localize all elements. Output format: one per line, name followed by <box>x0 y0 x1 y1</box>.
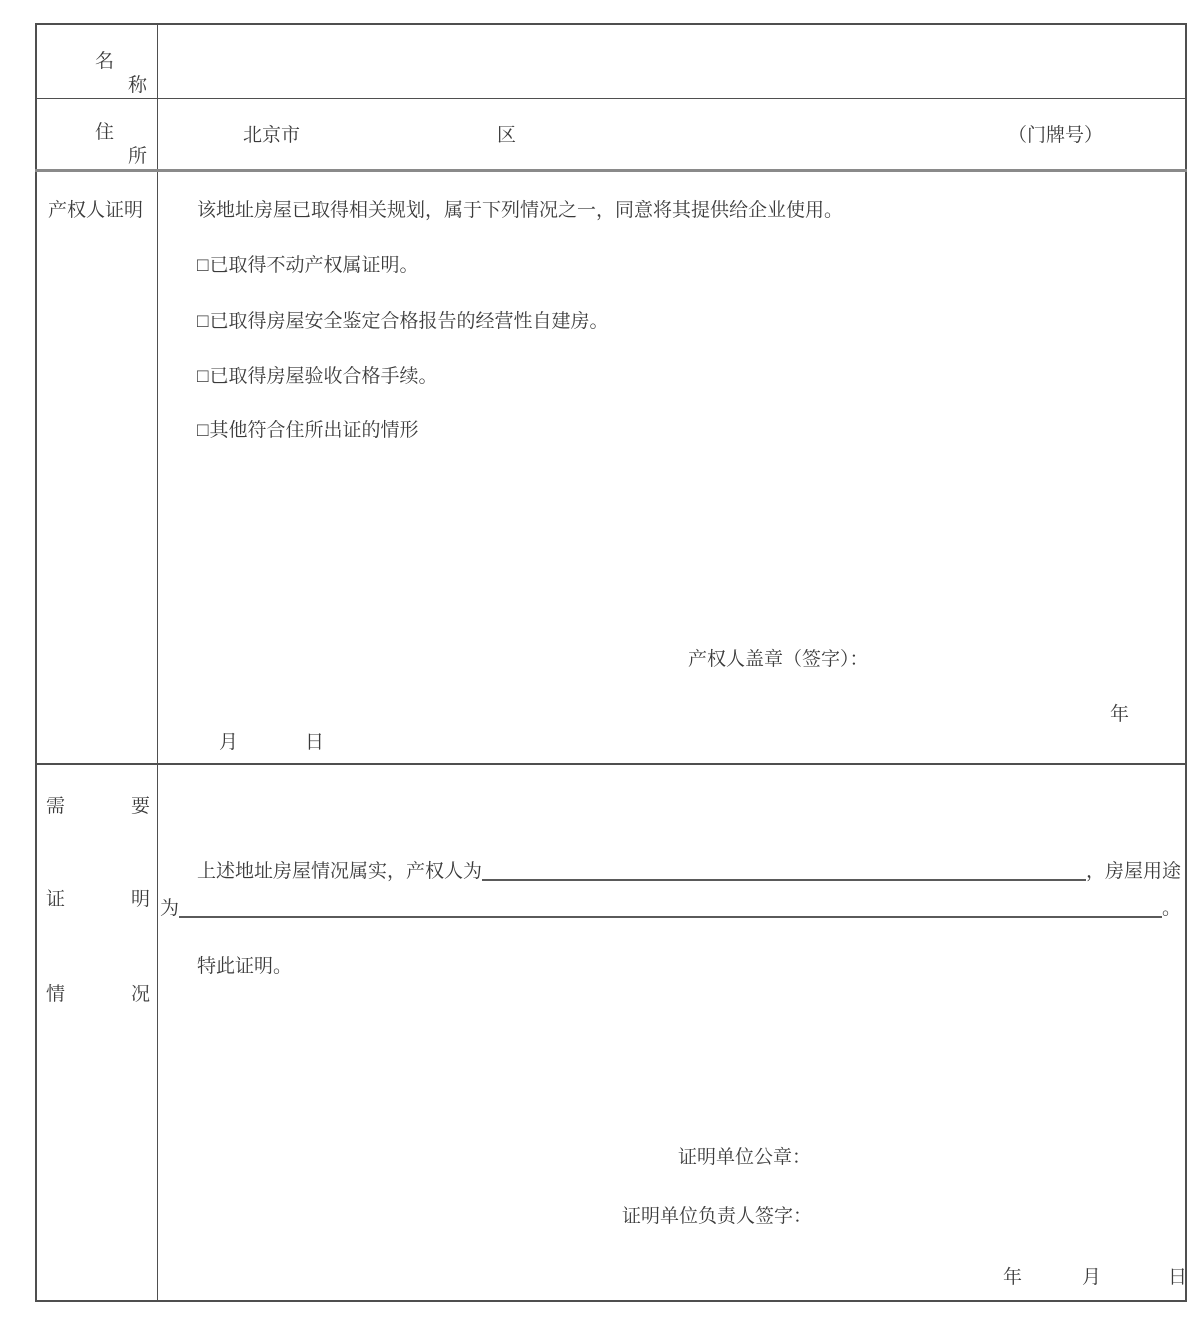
name-label-char-1: 名 <box>95 52 114 72</box>
owner-name-blank-line[interactable] <box>482 877 1086 881</box>
address-city: 北京市 <box>243 126 300 146</box>
cert-option-2: □已取得房屋安全鉴定合格报告的经营性自建房。 <box>197 312 609 332</box>
cert-option-2-label: 已取得房屋安全鉴定合格报告的经营性自建房。 <box>209 311 608 332</box>
closing-statement: 特此证明。 <box>197 957 292 977</box>
unit-date-month: 月 <box>1082 1268 1101 1288</box>
statement-part-3: 为 <box>160 898 179 919</box>
certificate-form-page: 名 称 住 所 北京市 区 （门牌号） 产权人证明 该地址房屋已取得相关规划，属… <box>0 0 1195 1322</box>
cert-option-3-label: 已取得房屋验收合格手续。 <box>209 366 437 387</box>
statement-line-2: 为。 <box>160 899 1181 919</box>
label-column-divider <box>157 23 158 1302</box>
need-label-char-3: 证 <box>46 890 65 910</box>
address-label-char-1: 住 <box>95 123 114 143</box>
checkbox-icon[interactable]: □ <box>197 255 208 276</box>
cert-option-1: □已取得不动产权属证明。 <box>197 256 419 276</box>
need-label-char-6: 况 <box>131 985 150 1005</box>
row-divider-address-cert <box>35 169 1187 172</box>
owner-cert-label: 产权人证明 <box>48 201 143 221</box>
unit-date-year: 年 <box>1003 1268 1022 1288</box>
unit-date-day: 日 <box>1168 1268 1187 1288</box>
owner-date-month: 月 <box>219 733 238 753</box>
cert-option-4-label: 其他符合住所出证的情形 <box>209 420 418 441</box>
checkbox-icon[interactable]: □ <box>197 366 208 387</box>
statement-part-2: ，房屋用途 <box>1086 861 1181 882</box>
house-use-blank-line[interactable] <box>179 914 1162 918</box>
statement-part-1: 上述地址房屋情况属实，产权人为 <box>197 861 482 882</box>
address-house-number[interactable]: （门牌号） <box>1008 126 1103 146</box>
owner-signature-label: 产权人盖章（签字）： <box>688 650 869 670</box>
need-label-char-4: 明 <box>131 890 150 910</box>
owner-date-day: 日 <box>305 733 324 753</box>
statement-part-4: 。 <box>1162 898 1181 919</box>
address-label-char-2: 所 <box>128 147 147 167</box>
owner-cert-intro: 该地址房屋已取得相关规划，属于下列情况之一，同意将其提供给企业使用。 <box>197 201 843 221</box>
address-district[interactable]: 区 <box>497 126 516 146</box>
name-value-cell[interactable] <box>160 28 1184 95</box>
owner-date-year: 年 <box>1110 705 1129 725</box>
row-divider-name-address <box>35 98 1187 99</box>
cert-option-1-label: 已取得不动产权属证明。 <box>209 255 418 276</box>
need-label-char-1: 需 <box>46 797 65 817</box>
cert-option-4: □其他符合住所出证的情形 <box>197 421 419 441</box>
name-label-char-2: 称 <box>128 76 147 96</box>
cert-option-3: □已取得房屋验收合格手续。 <box>197 367 438 387</box>
unit-signer-label: 证明单位负责人签字： <box>622 1207 812 1227</box>
need-label-char-2: 要 <box>131 797 150 817</box>
row-divider-cert-need <box>35 763 1187 765</box>
checkbox-icon[interactable]: □ <box>197 420 208 441</box>
unit-seal-label: 证明单位公章： <box>678 1148 811 1168</box>
statement-line-1: 上述地址房屋情况属实，产权人为，房屋用途 <box>197 862 1181 882</box>
checkbox-icon[interactable]: □ <box>197 311 208 332</box>
need-label-char-5: 情 <box>46 985 65 1005</box>
